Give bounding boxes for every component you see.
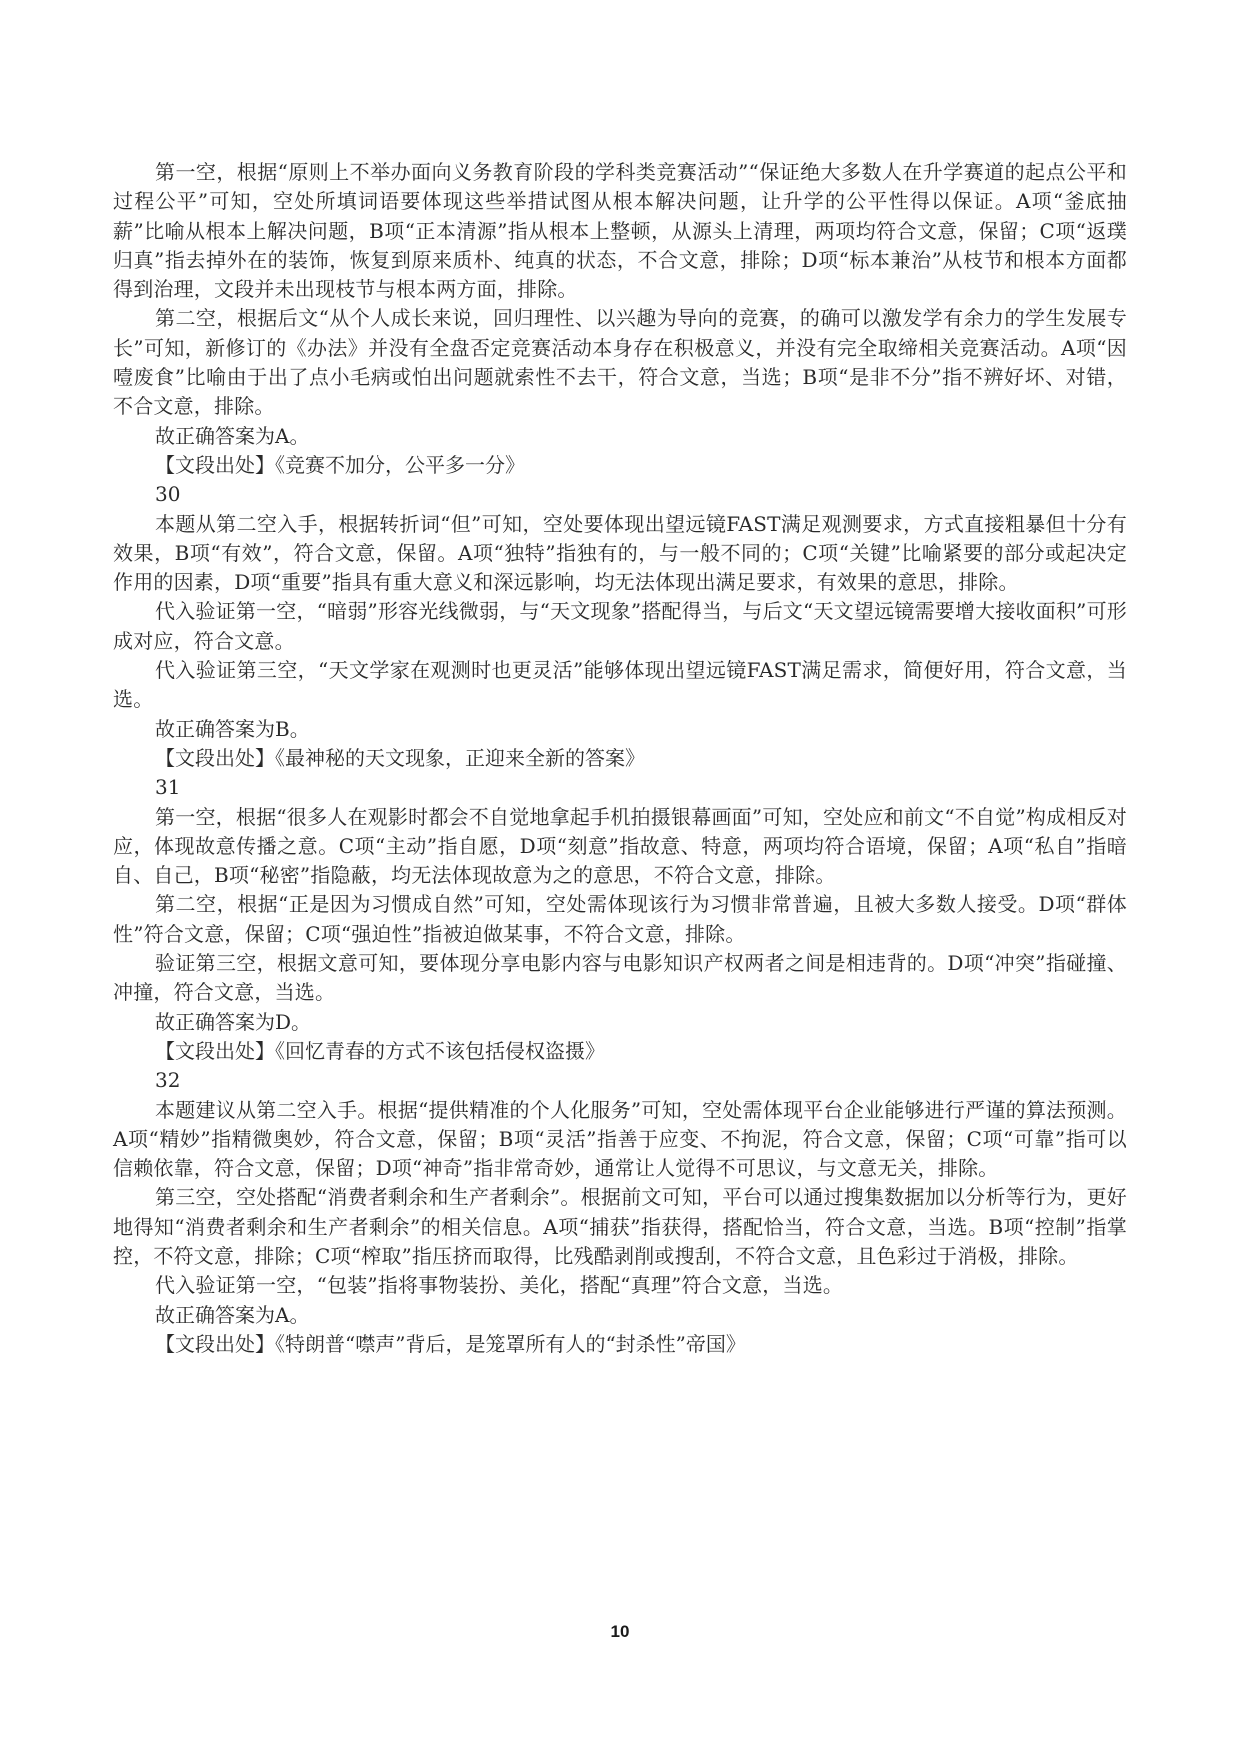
explanation-paragraph: 第三空，空处搭配“消费者剩余和生产者剩余”。根据前文可知，平台可以通过搜集数据加…: [113, 1183, 1127, 1271]
explanation-paragraph: 代入验证第三空，“天文学家在观测时也更灵活”能够体现出望远镜FAST满足需求，简…: [113, 656, 1127, 715]
correct-answer: 故正确答案为D。: [113, 1008, 1127, 1037]
explanation-paragraph: 代入验证第一空，“包装”指将事物装扮、美化，搭配“真理”符合文意，当选。: [113, 1271, 1127, 1300]
passage-source: 【文段出处】《最神秘的天文现象，正迎来全新的答案》: [113, 744, 1127, 773]
question-31-explanation: 31 第一空，根据“很多人在观影时都会不自觉地拿起手机拍摄银幕画面”可知，空处应…: [113, 773, 1127, 1066]
page-number: 10: [0, 1622, 1240, 1642]
correct-answer: 故正确答案为A。: [113, 422, 1127, 451]
question-29-explanation: 第一空，根据“原则上不举办面向义务教育阶段的学科类竞赛活动”“保证绝大多数人在升…: [113, 158, 1127, 480]
explanation-paragraph: 验证第三空，根据文意可知，要体现分享电影内容与电影知识产权两者之间是相违背的。D…: [113, 949, 1127, 1008]
explanation-paragraph: 第一空，根据“很多人在观影时都会不自觉地拿起手机拍摄银幕画面”可知，空处应和前文…: [113, 803, 1127, 891]
explanation-paragraph: 代入验证第一空，“暗弱”形容光线微弱，与“天文现象”搭配得当，与后文“天文望远镜…: [113, 597, 1127, 656]
passage-source: 【文段出处】《竞赛不加分，公平多一分》: [113, 451, 1127, 480]
passage-source: 【文段出处】《特朗普“噤声”背后，是笼罩所有人的“封杀性”帝国》: [113, 1330, 1127, 1359]
document-body: 第一空，根据“原则上不举办面向义务教育阶段的学科类竞赛活动”“保证绝大多数人在升…: [113, 158, 1127, 1359]
question-number: 32: [113, 1066, 1127, 1095]
correct-answer: 故正确答案为A。: [113, 1301, 1127, 1330]
explanation-paragraph: 第二空，根据后文“从个人成长来说，回归理性、以兴趣为导向的竞赛，的确可以激发学有…: [113, 304, 1127, 421]
explanation-paragraph: 第二空，根据“正是因为习惯成自然”可知，空处需体现该行为习惯非常普遍，且被大多数…: [113, 890, 1127, 949]
passage-source: 【文段出处】《回忆青春的方式不该包括侵权盗摄》: [113, 1037, 1127, 1066]
correct-answer: 故正确答案为B。: [113, 715, 1127, 744]
question-number: 30: [113, 480, 1127, 509]
question-32-explanation: 32 本题建议从第二空入手。根据“提供精准的个人化服务”可知，空处需体现平台企业…: [113, 1066, 1127, 1359]
question-number: 31: [113, 773, 1127, 802]
question-30-explanation: 30 本题从第二空入手，根据转折词“但”可知，空处要体现出望远镜FAST满足观测…: [113, 480, 1127, 773]
explanation-paragraph: 本题建议从第二空入手。根据“提供精准的个人化服务”可知，空处需体现平台企业能够进…: [113, 1096, 1127, 1184]
explanation-paragraph: 第一空，根据“原则上不举办面向义务教育阶段的学科类竞赛活动”“保证绝大多数人在升…: [113, 158, 1127, 304]
explanation-paragraph: 本题从第二空入手，根据转折词“但”可知，空处要体现出望远镜FAST满足观测要求，…: [113, 510, 1127, 598]
